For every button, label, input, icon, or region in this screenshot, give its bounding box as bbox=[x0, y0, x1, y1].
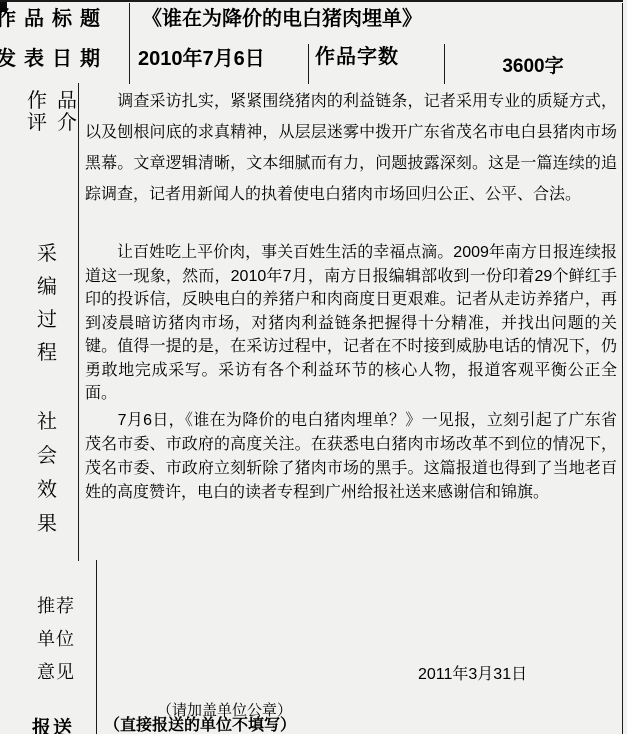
review-section-label: 作品 评介 bbox=[27, 90, 87, 134]
col-divider-header-label bbox=[129, 3, 130, 84]
col-divider-section-label bbox=[78, 83, 79, 561]
word-count-value: 3600字 bbox=[444, 57, 622, 76]
seal-instruction: （请加盖单位公章） bbox=[157, 703, 292, 718]
effect-text: 7月6日，《谁在为降价的电白猪肉埋单？》一见报，立刻引起了广东省茂名市委、市政府… bbox=[85, 409, 617, 505]
work-title-label: 作品标题 bbox=[0, 9, 108, 29]
effect-section-label: 社 会 效 果 bbox=[37, 405, 57, 541]
col-divider-date-value bbox=[308, 44, 309, 84]
award-form-table: 作品标题 《谁在为降价的电白猪肉埋单》 发表日期 2010年7月6日 作品字数 … bbox=[0, 0, 627, 734]
table-border-right bbox=[622, 3, 623, 734]
word-count-label: 作品字数 bbox=[315, 47, 399, 67]
col-divider-recommendation-label bbox=[96, 560, 97, 734]
work-title-value: 《谁在为降价的电白猪肉埋单》 bbox=[142, 9, 422, 29]
submission-note: （直接报送的单位不填写） bbox=[104, 718, 296, 734]
publish-date-label: 发表日期 bbox=[0, 49, 108, 69]
submission-label: 报送 bbox=[32, 719, 74, 734]
publish-date-value: 2010年7月6日 bbox=[138, 49, 265, 69]
process-text: 让百姓吃上平价肉，事关百姓生活的幸福点滴。2009年南方日报连续报道这一现象，然… bbox=[85, 241, 617, 406]
recommendation-date: 2011年3月31日 bbox=[418, 667, 527, 683]
row-divider-recommendation bbox=[0, 0, 623, 1]
review-text: 调查采访扎实，紧紧围绕猪肉的利益链条，记者采用专业的质疑方式，以及刨根问底的求真… bbox=[85, 86, 617, 210]
recommendation-section-label: 推荐 单位 意见 bbox=[37, 590, 75, 689]
process-section-label: 采 编 过 程 bbox=[37, 238, 57, 370]
